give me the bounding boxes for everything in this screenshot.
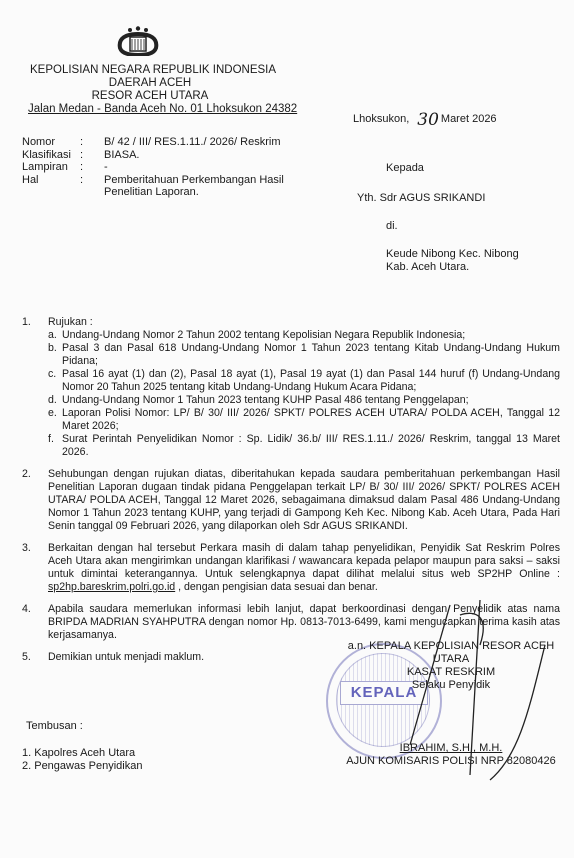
- sub-letter: d.: [48, 394, 62, 407]
- sub-text: Surat Perintah Penyelidikan Nomor : Sp. …: [62, 433, 560, 459]
- item-number: 2.: [22, 468, 48, 533]
- place-date: Lhoksukon,30Maret 2026: [353, 107, 497, 127]
- item-rujukan: 1. Rujukan : a.Undang-Undang Nomor 2 Tah…: [22, 316, 560, 459]
- meta-sep: :: [80, 149, 104, 162]
- item-title: Rujukan :: [48, 316, 560, 329]
- sub-item: e.Laporan Polisi Nomor: LP/ B/ 30/ III/ …: [48, 407, 560, 433]
- sub-letter: a.: [48, 329, 62, 342]
- recipient-block: Kepada Yth. Sdr AGUS SRIKANDI di. Keude …: [357, 162, 519, 274]
- meta-value: -: [104, 161, 324, 174]
- letterhead: KEPOLISIAN NEGARA REPUBLIK INDONESIA DAE…: [30, 64, 270, 116]
- meta-row-nomor: Nomor:B/ 42 / III/ RES.1.11./ 2026/ Resk…: [22, 136, 324, 149]
- letterhead-line: RESOR ACEH UTARA: [30, 90, 270, 103]
- recipient-name: Yth. Sdr AGUS SRIKANDI: [357, 192, 519, 205]
- meta-value: B/ 42 / III/ RES.1.11./ 2026/ Reskrim: [104, 136, 324, 149]
- sub-text: Undang-Undang Nomor 2 Tahun 2002 tentang…: [62, 329, 560, 342]
- sub-letter: c.: [48, 368, 62, 394]
- sub-letter: f.: [48, 433, 62, 459]
- meta-key: Hal: [22, 174, 80, 199]
- meta-key: Klasifikasi: [22, 149, 80, 162]
- tembusan-title: Tembusan :: [26, 720, 142, 733]
- tembusan-item: 1. Kapolres Aceh Utara: [22, 747, 142, 760]
- sub-text: Undang-Undang Nomor 1 Tahun 2023 tentang…: [62, 394, 560, 407]
- meta-key: Nomor: [22, 136, 80, 149]
- item-number: 1.: [22, 316, 48, 459]
- meta-sep: :: [80, 136, 104, 149]
- letter-page: KEPOLISIAN NEGARA REPUBLIK INDONESIA DAE…: [0, 0, 574, 858]
- recipient-kepada: Kepada: [386, 162, 519, 175]
- meta-value: BIASA.: [104, 149, 324, 162]
- item-number: 5.: [22, 651, 48, 664]
- meta-row-hal: Hal:Pemberitahuan Perkembangan Hasil Pen…: [22, 174, 324, 199]
- sub-text: Pasal 3 dan Pasal 618 Undang-Undang Nomo…: [62, 342, 560, 368]
- handwritten-day: 30: [417, 110, 439, 130]
- meta-sep: :: [80, 161, 104, 174]
- month-year: Maret 2026: [441, 113, 497, 125]
- item-text: Sehubungan dengan rujukan diatas, diberi…: [48, 468, 560, 533]
- letter-meta: Nomor:B/ 42 / III/ RES.1.11./ 2026/ Resk…: [22, 136, 324, 199]
- meta-value: Pemberitahuan Perkembangan Hasil Penelit…: [104, 174, 324, 199]
- sub-text: Laporan Polisi Nomor: LP/ B/ 30/ III/ 20…: [62, 407, 560, 433]
- handwritten-signature-icon: [330, 585, 560, 785]
- sp2hp-link[interactable]: sp2hp.bareskrim.polri.go.id: [48, 581, 175, 593]
- sub-text: Pasal 16 ayat (1) dan (2), Pasal 18 ayat…: [62, 368, 560, 394]
- meta-row-klasifikasi: Klasifikasi:BIASA.: [22, 149, 324, 162]
- sub-item: c.Pasal 16 ayat (1) dan (2), Pasal 18 ay…: [48, 368, 560, 394]
- police-emblem-icon: [116, 26, 160, 56]
- meta-key: Lampiran: [22, 161, 80, 174]
- place: Lhoksukon,: [353, 113, 409, 125]
- sub-letter: b.: [48, 342, 62, 368]
- letterhead-address: Jalan Medan - Banda Aceh No. 01 Lhoksuko…: [28, 103, 270, 116]
- item-2: 2. Sehubungan dengan rujukan diatas, dib…: [22, 468, 560, 533]
- meta-sep: :: [80, 174, 104, 199]
- tembusan-block: Tembusan : 1. Kapolres Aceh Utara 2. Pen…: [26, 720, 142, 773]
- recipient-address-1: Keude Nibong Kec. Nibong: [386, 248, 519, 261]
- letterhead-line: KEPOLISIAN NEGARA REPUBLIK INDONESIA: [30, 64, 270, 77]
- sub-item: d.Undang-Undang Nomor 1 Tahun 2023 tenta…: [48, 394, 560, 407]
- sub-item: b.Pasal 3 dan Pasal 618 Undang-Undang No…: [48, 342, 560, 368]
- sub-item: f.Surat Perintah Penyelidikan Nomor : Sp…: [48, 433, 560, 459]
- recipient-di: di.: [386, 220, 519, 233]
- meta-row-lampiran: Lampiran:-: [22, 161, 324, 174]
- letterhead-line: DAERAH ACEH: [30, 77, 270, 90]
- item-number: 3.: [22, 542, 48, 594]
- item-text: Berkaitan dengan hal tersebut Perkara ma…: [48, 542, 560, 580]
- tembusan-item: 2. Pengawas Penyidikan: [22, 760, 142, 773]
- recipient-address-2: Kab. Aceh Utara.: [386, 261, 519, 274]
- sub-letter: e.: [48, 407, 62, 433]
- item-number: 4.: [22, 603, 48, 642]
- sub-item: a.Undang-Undang Nomor 2 Tahun 2002 tenta…: [48, 329, 560, 342]
